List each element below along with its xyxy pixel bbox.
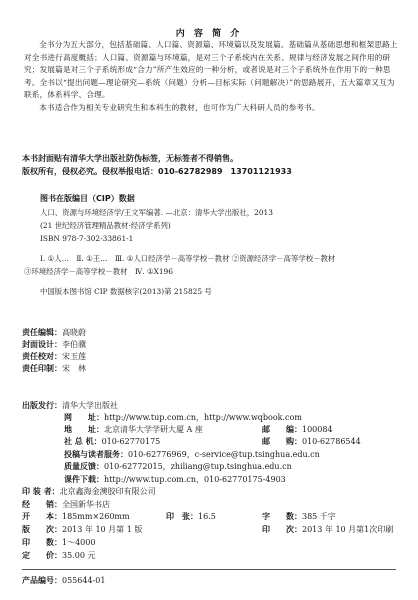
staff-proofreader: 责任校对：宋玉莲	[22, 351, 86, 362]
format: 开 本：185mm×260mm	[22, 511, 130, 522]
distributor: 经 销：全国新华书店	[22, 499, 110, 510]
summary-title: 内 容 简 介	[0, 26, 418, 39]
publisher-courseware: 课件下载：http://www.tup.com.cn，010-62770175-…	[64, 474, 286, 485]
edition: 版 次：2013 年 10 月第 1 版	[22, 524, 142, 535]
cip-approval: 中国版本图书馆 CIP 数据核字(2013)第 215825 号	[40, 286, 212, 297]
staff-cover-design: 封面设计：李伯骥	[22, 339, 86, 350]
print-run: 印 数：1～4000	[22, 537, 95, 548]
cip-line: ③环境经济学－高等学校－教材 Ⅳ. ①X196	[24, 266, 173, 277]
cip-line: (21 世纪经济管理精品教材·经济学系列)	[40, 220, 171, 231]
cip-heading: 图书在版编目（CIP）数据	[40, 193, 135, 204]
cip-isbn: ISBN 978-7-302-33861-1	[40, 233, 133, 244]
publisher-address: 地 址：北京清华大学学研大厦 A 座	[64, 424, 203, 435]
publisher-website: 网 址：http://www.tup.com.cn，http://www.wqb…	[64, 412, 302, 423]
publisher-mail-order: 邮 购：010-62786544	[262, 436, 361, 447]
product-code: 产品编号：055644-01	[22, 575, 105, 586]
publisher-switchboard: 社 总 机：010-62770175	[64, 436, 160, 447]
price: 定 价：35.00 元	[22, 550, 95, 561]
sheets: 印 张：16.5	[166, 511, 216, 522]
publisher-quality-feedback: 质量反馈：010-62772015，zhiliang@tup.tsinghua.…	[64, 461, 292, 472]
staff-printing: 责任印制：宋 林	[22, 363, 86, 374]
anti-counterfeit-notice: 本书封面贴有清华大学出版社防伪标签，无标签者不得销售。	[22, 153, 238, 164]
publisher: 出版发行：清华大学出版社	[22, 400, 118, 411]
copyright-notice: 版权所有，侵权必究。侵权举报电话：010-62782989 1370112193…	[22, 166, 292, 177]
divider-line	[22, 569, 396, 570]
staff-editor: 责任编辑：高晓蔚	[22, 327, 86, 338]
printer: 印 装 者：北京鑫海金澳胶印有限公司	[22, 486, 156, 497]
summary-body: 全书分为五大部分，包括基础篇、人口篇、资源篇、环境篇以及发展篇。基础篇从基础思想…	[24, 39, 398, 115]
summary-paragraph: 全书分为五大部分，包括基础篇、人口篇、资源篇、环境篇以及发展篇。基础篇从基础思想…	[24, 39, 398, 102]
publisher-postcode: 邮 编：100084	[262, 424, 333, 435]
summary-paragraph: 本书适合作为相关专业研究生和本科生的教材，也可作为广大科研人员的参考书。	[24, 102, 398, 115]
publisher-reader-service: 投稿与读者服务：010-62776969，c-service@tup.tsing…	[64, 449, 320, 460]
cip-line: 人口、资源与环境经济学/王文军编著. —北京：清华大学出版社，2013	[40, 207, 273, 218]
impression: 印 次：2013 年 10 月第1次印刷	[262, 524, 393, 535]
cip-line: Ⅰ. ①人… Ⅱ. ①王… Ⅲ. ①人口经济学－高等学校－教材 ②资源经济学－高…	[40, 253, 335, 264]
word-count: 字 数：385 千字	[262, 511, 336, 522]
